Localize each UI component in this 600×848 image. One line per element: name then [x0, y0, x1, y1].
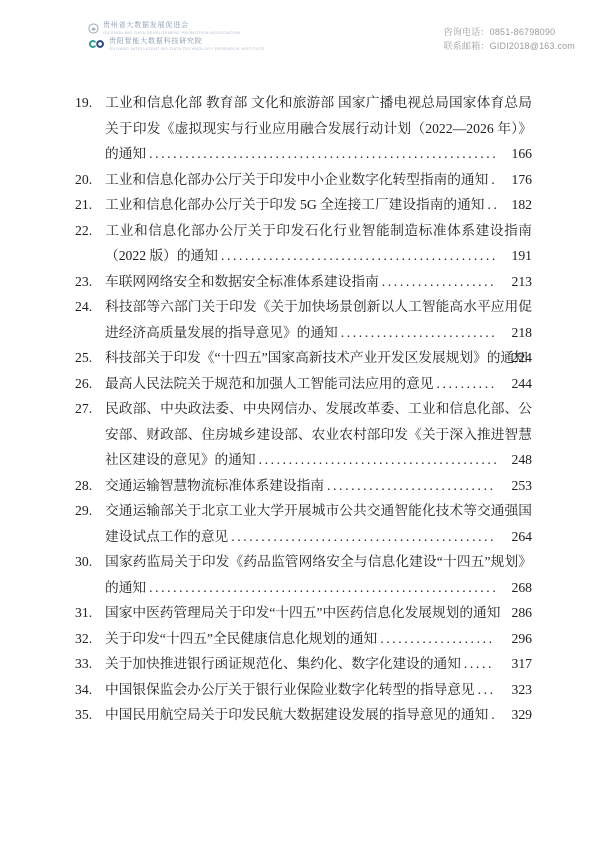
- org2-subtitle: GUIYANG INTELLIGENT BIG DATA TECHNOLOGY …: [109, 46, 264, 51]
- org1-text: 贵州省大数据发展促进会GUIZHOU BIG DATA DEVELOPMENT …: [103, 22, 240, 35]
- toc-dot-leader: ...................: [382, 274, 496, 289]
- toc-entry-number: 30.: [75, 549, 105, 575]
- toc-entry[interactable]: 30.国家药监局关于印发《药品监管网络安全与信息化建设“十四五”规划》的通知..…: [75, 549, 532, 600]
- toc-entry-number: 33.: [75, 651, 105, 677]
- toc-entry-number: 20.: [75, 167, 105, 193]
- toc-entry-page: 296: [511, 626, 532, 652]
- toc-entry-page: 182: [511, 192, 532, 218]
- toc-dot-leader: ........................................…: [149, 580, 498, 595]
- toc-entry[interactable]: 35.中国民用航空局关于印发民航大数据建设发展的指导意见的通知.329: [75, 702, 532, 728]
- toc-entry-number: 22.: [75, 218, 105, 244]
- toc-dot-leader: ..........................: [341, 325, 498, 340]
- toc-entry[interactable]: 23.车联网网络安全和数据安全标准体系建设指南.................…: [75, 269, 532, 295]
- toc-dot-leader: ........................................…: [221, 248, 498, 263]
- toc-entry-page: 268: [511, 575, 532, 601]
- toc-dot-leader: ........................................: [259, 452, 500, 467]
- toc-entry-number: 32.: [75, 626, 105, 652]
- institute-swirl-icon: [88, 39, 105, 49]
- toc-entry-page: 286: [511, 600, 532, 626]
- toc-entry-page: 213: [511, 269, 532, 295]
- toc-entry[interactable]: 22.工业和信息化部办公厅关于印发石化行业智能制造标准体系建设指南（2022 版…: [75, 218, 532, 269]
- toc-list: 19.工业和信息化部 教育部 文化和旅游部 国家广播电视总局国家体育总局关于印发…: [75, 90, 532, 728]
- email-label: 联系邮箱：: [444, 41, 490, 51]
- association-seal-icon: [88, 23, 99, 34]
- toc-entry-title: 中国民用航空局关于印发民航大数据建设发展的指导意见的通知: [105, 707, 488, 722]
- toc-entry-number: 23.: [75, 269, 105, 295]
- toc-entry-number: 34.: [75, 677, 105, 703]
- toc-entry-page: 224: [511, 345, 532, 371]
- toc-dot-leader: ........................................…: [231, 529, 496, 544]
- org2-text: 贵阳智能大数据科技研究院GUIYANG INTELLIGENT BIG DATA…: [109, 38, 264, 51]
- toc-dot-leader: .: [491, 172, 497, 187]
- toc-dot-leader: ........................................…: [149, 146, 498, 161]
- toc-entry-page: 253: [511, 473, 532, 499]
- toc-entry-page: 166: [511, 141, 532, 167]
- toc-entry-number: 21.: [75, 192, 105, 218]
- toc-entry-number: 35.: [75, 702, 105, 728]
- toc-dot-leader: ..........: [437, 376, 497, 391]
- toc-dot-leader: .....: [464, 656, 494, 671]
- toc-entry[interactable]: 19.工业和信息化部 教育部 文化和旅游部 国家广播电视总局国家体育总局关于印发…: [75, 90, 532, 167]
- toc-entry-page: 329: [511, 702, 532, 728]
- toc-entry-title: 中国银保监会办公厅关于银行业保险业数字化转型的指导意见: [105, 682, 475, 697]
- toc-entry-page: 264: [511, 524, 532, 550]
- toc-entry-title: 交通运输智慧物流标准体系建设指南: [105, 478, 324, 493]
- toc-entry[interactable]: 31.国家中医药管理局关于印发“十四五”中医药信息化发展规划的通知286: [75, 600, 532, 626]
- toc-entry[interactable]: 33.关于加快推进银行函证规范化、集约化、数字化建设的通知.....317: [75, 651, 532, 677]
- contact-info: 咨询电话：0851-86798090 联系邮箱：GIDI2018@163.com: [444, 25, 575, 53]
- toc-entry-number: 19.: [75, 90, 105, 116]
- toc-entry-number: 26.: [75, 371, 105, 397]
- toc-entry[interactable]: 21.工业和信息化部办公厅关于印发 5G 全连接工厂建设指南的通知..182: [75, 192, 532, 218]
- toc-dot-leader: .: [491, 707, 497, 722]
- toc-entry[interactable]: 20.工业和信息化部办公厅关于印发中小企业数字化转型指南的通知.176: [75, 167, 532, 193]
- toc-entry-page: 323: [511, 677, 532, 703]
- phone-label: 咨询电话：: [444, 27, 490, 37]
- toc-entry[interactable]: 28.交通运输智慧物流标准体系建设指南.....................…: [75, 473, 532, 499]
- toc-dot-leader: ............................: [327, 478, 496, 493]
- org2-name: 贵阳智能大数据科技研究院: [109, 38, 264, 46]
- toc-entry-title: 车联网网络安全和数据安全标准体系建设指南: [105, 274, 379, 289]
- toc-entry-page: 244: [511, 371, 532, 397]
- toc-entry-number: 27.: [75, 396, 105, 422]
- toc-entry-page: 218: [511, 320, 532, 346]
- toc-dot-leader: ...................: [380, 631, 494, 646]
- toc-entry-number: 29.: [75, 498, 105, 524]
- org1-subtitle: GUIZHOU BIG DATA DEVELOPMENT PROMOTION A…: [103, 30, 240, 35]
- toc-entry[interactable]: 24.科技部等六部门关于印发《关于加快场景创新以人工智能高水平应用促进经济高质量…: [75, 294, 532, 345]
- toc-entry[interactable]: 27.民政部、中央政法委、中央网信办、发展改革委、工业和信息化部、公安部、财政部…: [75, 396, 532, 473]
- logo-block: 贵州省大数据发展促进会GUIZHOU BIG DATA DEVELOPMENT …: [88, 22, 264, 51]
- toc-entry-page: 248: [511, 447, 532, 473]
- toc-entry[interactable]: 34.中国银保监会办公厅关于银行业保险业数字化转型的指导意见...323: [75, 677, 532, 703]
- toc-entry-number: 31.: [75, 600, 105, 626]
- org1-name: 贵州省大数据发展促进会: [103, 22, 240, 30]
- org1-logo: 贵州省大数据发展促进会GUIZHOU BIG DATA DEVELOPMENT …: [88, 22, 264, 35]
- contact-email-line: 联系邮箱：GIDI2018@163.com: [444, 39, 575, 53]
- toc-entry-page: 317: [511, 651, 532, 677]
- toc-entry-title: 科技部关于印发《“十四五”国家高新技术产业开发区发展规划》的通知: [105, 350, 528, 365]
- phone-number: 0851-86798090: [490, 27, 556, 37]
- toc-entry[interactable]: 25.科技部关于印发《“十四五”国家高新技术产业开发区发展规划》的通知224: [75, 345, 532, 371]
- org2-logo: 贵阳智能大数据科技研究院GUIYANG INTELLIGENT BIG DATA…: [88, 38, 264, 51]
- toc-entry-title: 工业和信息化部办公厅关于印发 5G 全连接工厂建设指南的通知: [105, 197, 484, 212]
- toc-entry[interactable]: 32.关于印发“十四五”全民健康信息化规划的通知................…: [75, 626, 532, 652]
- toc-entry-page: 191: [511, 243, 532, 269]
- toc-entry-number: 28.: [75, 473, 105, 499]
- toc-entry-number: 25.: [75, 345, 105, 371]
- toc-entry-title: 国家中医药管理局关于印发“十四五”中医药信息化发展规划的通知: [105, 605, 500, 620]
- email-address: GIDI2018@163.com: [490, 41, 575, 51]
- toc-entry-title: 关于印发“十四五”全民健康信息化规划的通知: [105, 631, 377, 646]
- toc-dot-leader: ...: [478, 682, 496, 697]
- toc-entry[interactable]: 29.交通运输部关于北京工业大学开展城市公共交通智能化技术等交通强国建设试点工作…: [75, 498, 532, 549]
- toc-dot-leader: ..: [487, 197, 499, 212]
- toc-entry-page: 176: [511, 167, 532, 193]
- toc-entry[interactable]: 26.最高人民法院关于规范和加强人工智能司法应用的意见..........244: [75, 371, 532, 397]
- contact-phone-line: 咨询电话：0851-86798090: [444, 25, 575, 39]
- toc-entry-title: 最高人民法院关于规范和加强人工智能司法应用的意见: [105, 376, 434, 391]
- page-header: 贵州省大数据发展促进会GUIZHOU BIG DATA DEVELOPMENT …: [0, 0, 600, 62]
- toc-entry-title: 工业和信息化部办公厅关于印发中小企业数字化转型指南的通知: [105, 172, 488, 187]
- document-page: 贵州省大数据发展促进会GUIZHOU BIG DATA DEVELOPMENT …: [0, 0, 600, 728]
- toc-entry-number: 24.: [75, 294, 105, 320]
- toc-entry-title: 关于加快推进银行函证规范化、集约化、数字化建设的通知: [105, 656, 461, 671]
